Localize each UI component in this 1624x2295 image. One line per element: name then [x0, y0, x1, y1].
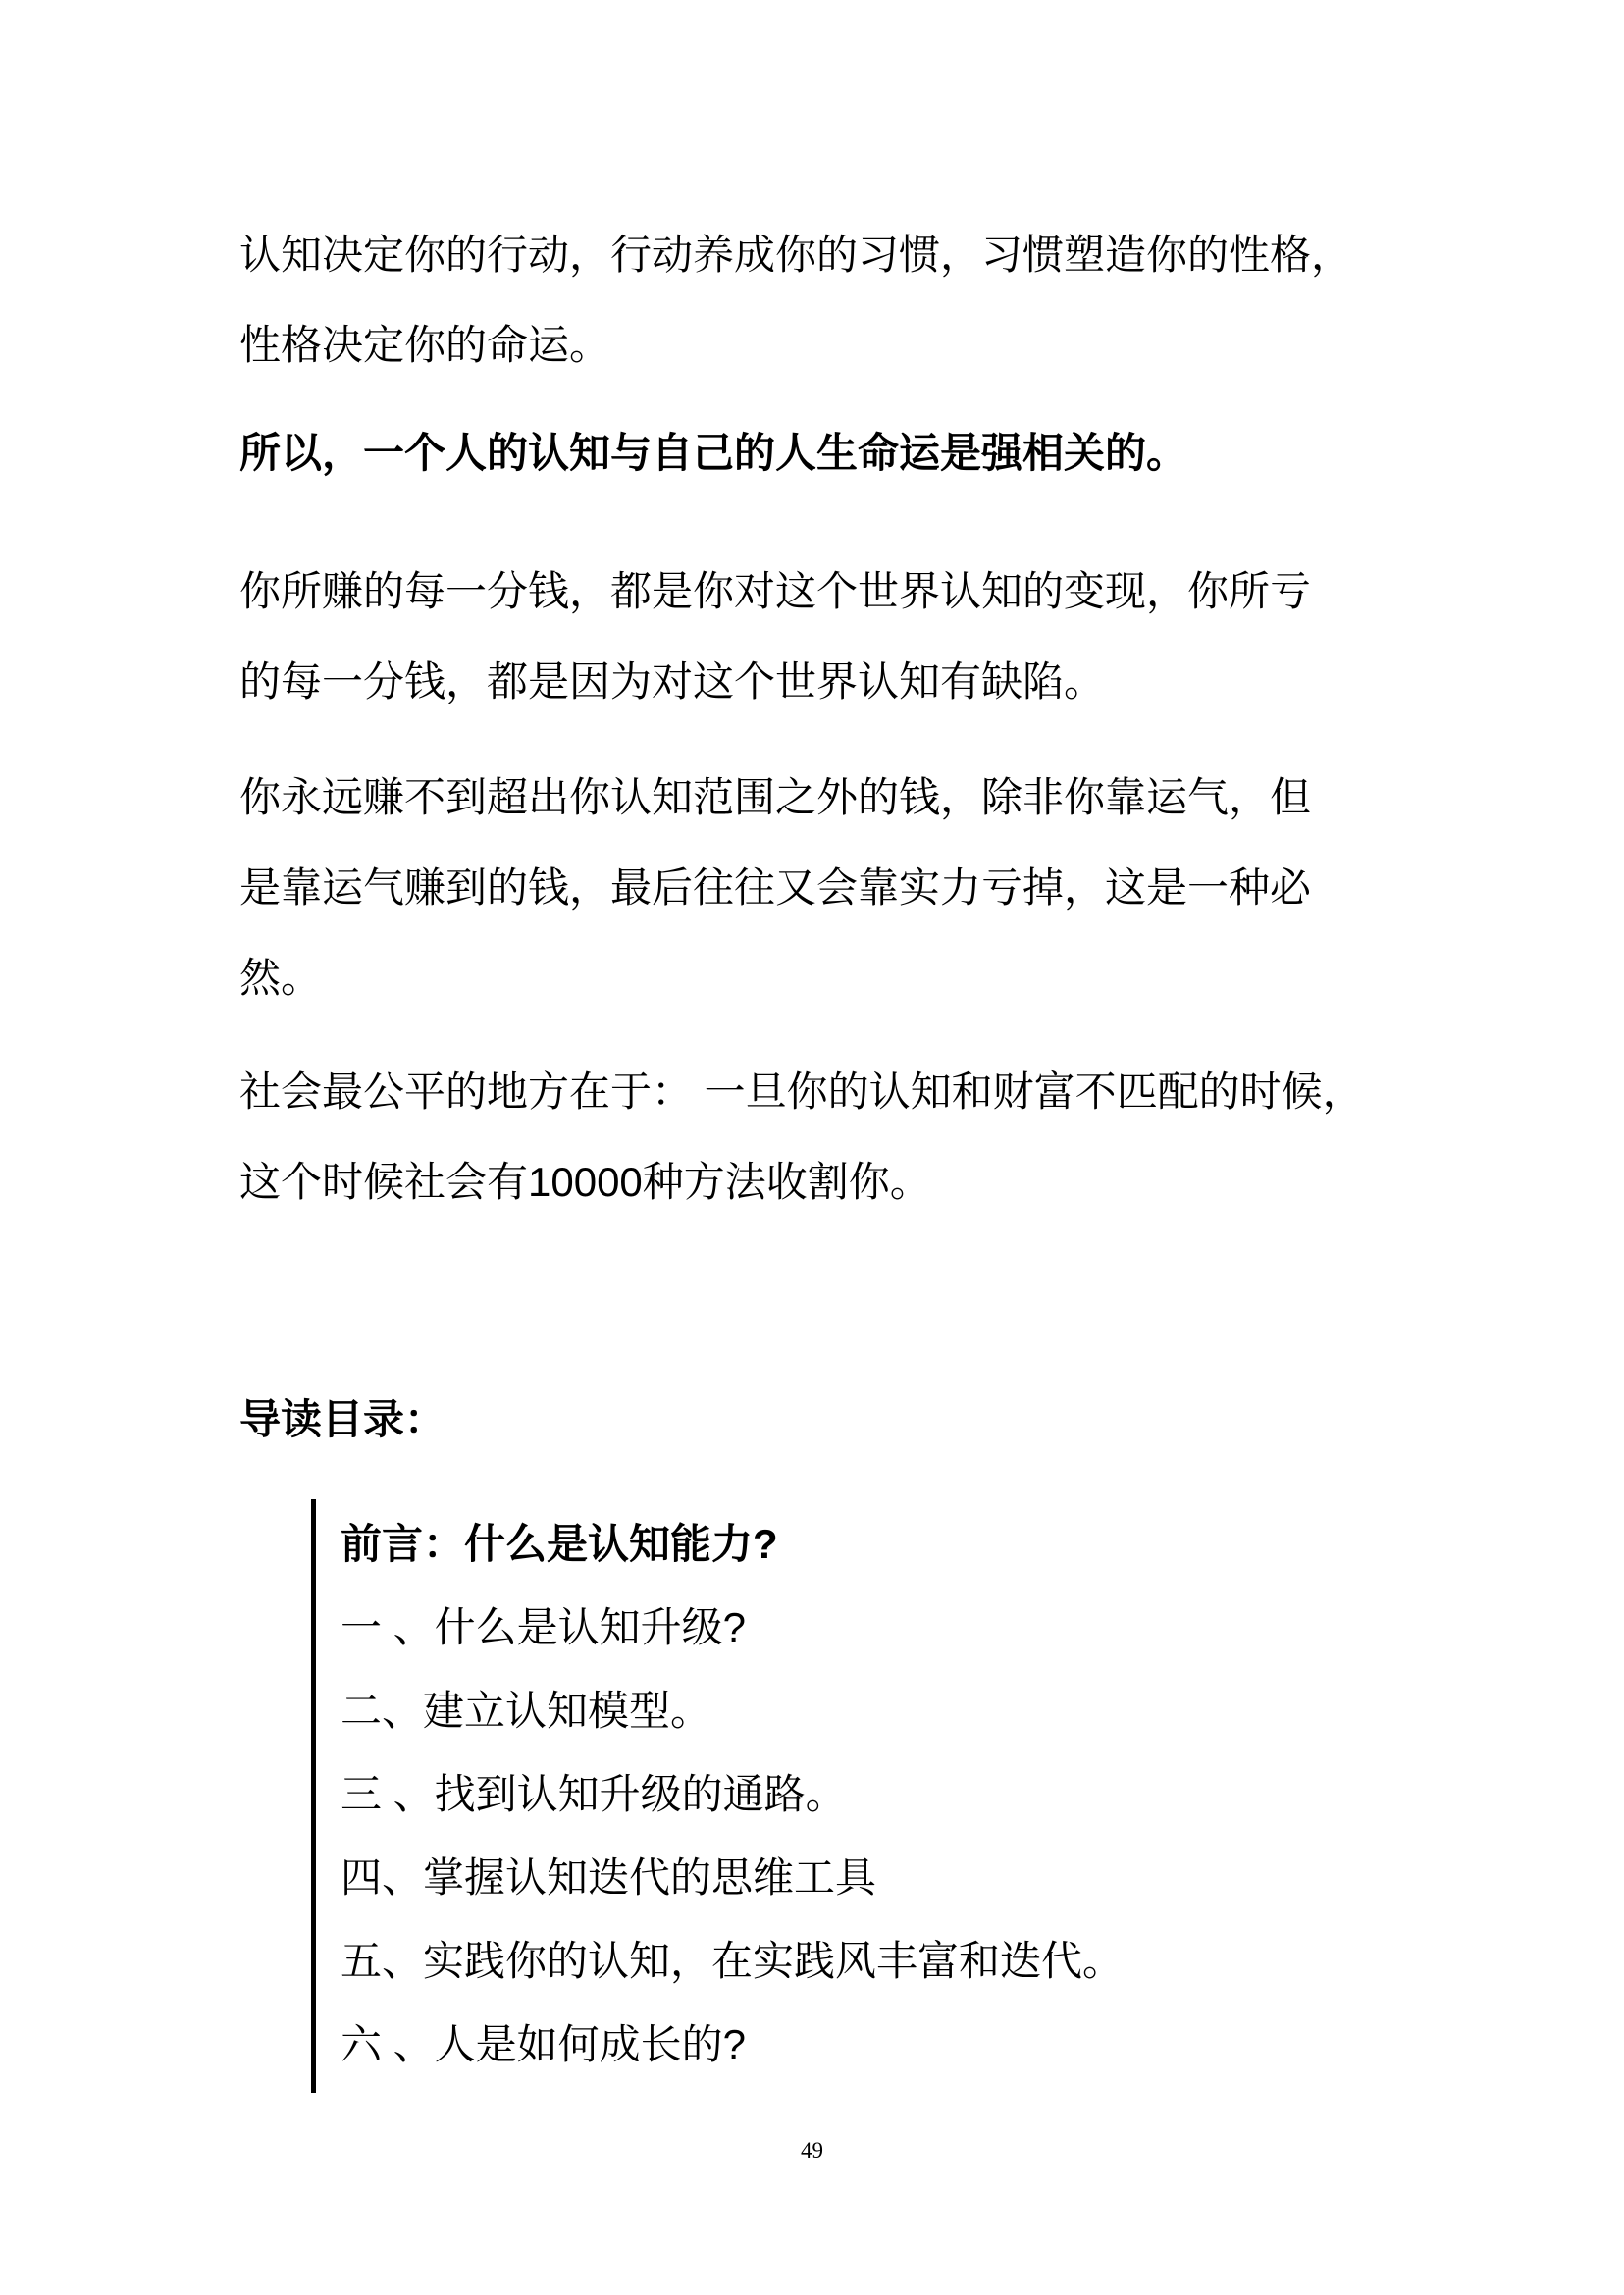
toc-item-2: 二、建立认知模型。: [341, 1669, 1292, 1752]
toc-heading: 导读目录：: [239, 1375, 445, 1465]
paragraph-line: 你永远赚不到超出你认知范围之外的钱，除非你靠运气，但: [239, 753, 1397, 843]
paragraph-line: 的每一分钱，都是因为对这个世界认知有缺陷。: [239, 637, 1397, 727]
paragraph-money-cognition: 你所赚的每一分钱，都是你对这个世界认知的变现，你所亏 的每一分钱，都是因为对这个…: [239, 547, 1397, 727]
toc-item-3: 三 、找到认知升级的通路。: [341, 1752, 1292, 1836]
toc-item-4: 四、掌握认知迭代的思维工具: [341, 1836, 1292, 1919]
toc-item-6: 六 、人是如何成长的?: [341, 2003, 1292, 2086]
paragraph-line: 你所赚的每一分钱，都是你对这个世界认知的变现，你所亏: [239, 547, 1397, 637]
paragraph-luck-money: 你永远赚不到超出你认知范围之外的钱，除非你靠运气，但 是靠运气赚到的钱，最后往往…: [239, 753, 1397, 1023]
paragraph-bold-conclusion: 所以，一个人的认知与自己的人生命运是强相关的。: [239, 408, 1397, 498]
paragraph-society-fairness: 社会最公平的地方在于： 一旦你的认知和财富不匹配的时候， 这个时候社会有1000…: [239, 1047, 1397, 1227]
toc-block: 前言：什么是认知能力? 一 、什么是认知升级? 二、建立认知模型。 三 、找到认…: [311, 1499, 1292, 2093]
paragraph-line: 认知决定你的行动，行动养成你的习惯，习惯塑造你的性格，: [239, 210, 1397, 300]
paragraph-line: 然。: [239, 933, 1397, 1023]
paragraph-line: 社会最公平的地方在于： 一旦你的认知和财富不匹配的时候，: [239, 1047, 1397, 1137]
document-page: 认知决定你的行动，行动养成你的习惯，习惯塑造你的性格， 性格决定你的命运。 所以…: [0, 0, 1624, 2295]
toc-item-preface: 前言：什么是认知能力?: [341, 1502, 1292, 1586]
paragraph-cognition-action: 认知决定你的行动，行动养成你的习惯，习惯塑造你的性格， 性格决定你的命运。: [239, 210, 1397, 391]
paragraph-line: 性格决定你的命运。: [239, 300, 1397, 391]
paragraph-line: 是靠运气赚到的钱，最后往往又会靠实力亏掉，这是一种必: [239, 843, 1397, 933]
toc-item-5: 五、实践你的认知，在实践风丰富和迭代。: [341, 1919, 1292, 2003]
toc-item-1: 一 、什么是认知升级?: [341, 1586, 1292, 1669]
paragraph-line: 这个时候社会有10000种方法收割你。: [239, 1137, 1397, 1227]
paragraph-line: 所以，一个人的认知与自己的人生命运是强相关的。: [239, 408, 1397, 498]
page-number: 49: [0, 2137, 1624, 2165]
